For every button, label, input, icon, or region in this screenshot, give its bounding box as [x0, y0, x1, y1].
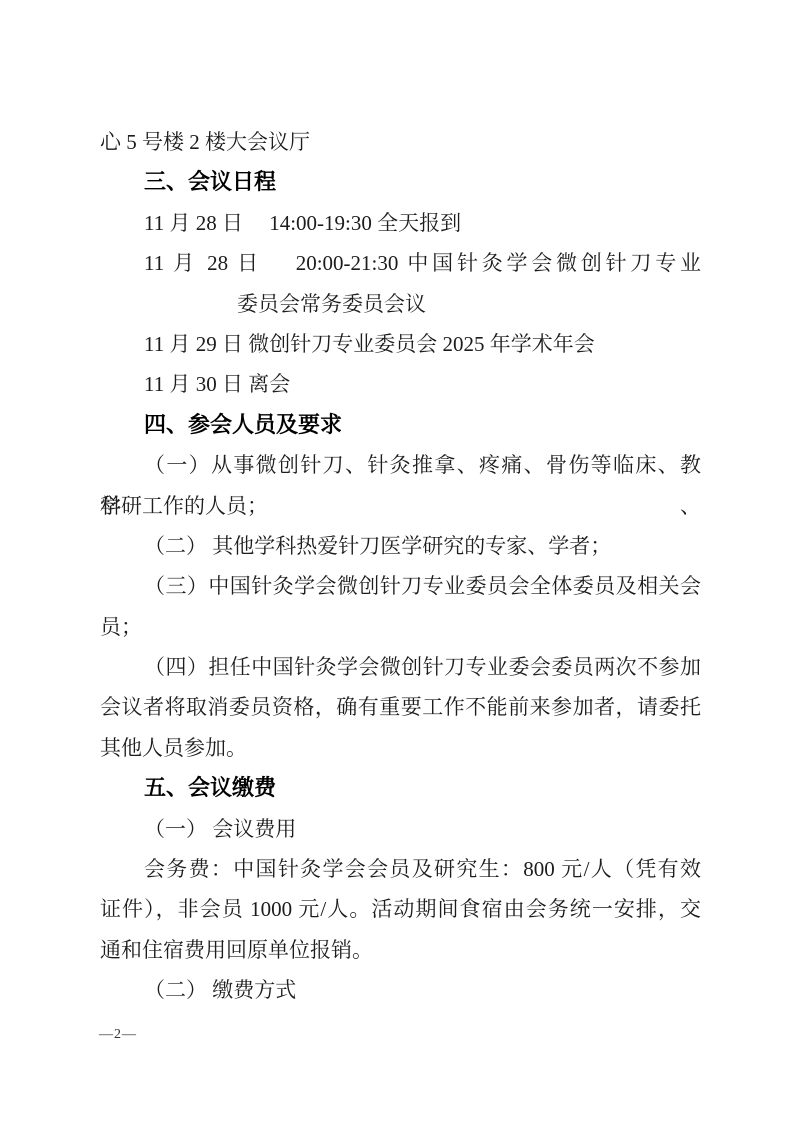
fees-subheading-cost: （一） 会议费用 [100, 809, 701, 849]
attendees-item-2: （二） 其他学科热爱针刀医学研究的专家、学者； [100, 526, 701, 566]
schedule-item-registration: 11 月 28 日 14:00-19:30 全天报到 [100, 203, 701, 243]
attendees-item-3-line-1: （三）中国针灸学会微创针刀专业委员会全体委员及相关会 [100, 566, 701, 606]
attendees-item-4-line-3: 其他人员参加。 [100, 728, 701, 768]
fees-detail-line-2: 证件），非会员 1000 元/人。活动期间食宿由会务统一安排，交 [100, 889, 701, 929]
schedule-item-committee-meeting-continuation: 委员会常务委员会议 [100, 284, 701, 324]
fees-detail-line-1: 会务费：中国针灸学会会员及研究生：800 元/人（凭有效 [100, 849, 701, 889]
document-page: 心 5 号楼 2 楼大会议厅 三、会议日程 11 月 28 日 14:00-19… [0, 0, 800, 1131]
section-heading-agenda: 三、会议日程 [100, 162, 701, 202]
attendees-item-4-line-2: 会议者将取消委员资格，确有重要工作不能前来参加者，请委托 [100, 687, 701, 727]
attendees-item-3-line-2: 员； [100, 607, 701, 647]
document-body: 心 5 号楼 2 楼大会议厅 三、会议日程 11 月 28 日 14:00-19… [100, 122, 701, 1011]
attendees-item-4-line-1: （四）担任中国针灸学会微创针刀专业委会委员两次不参加 [100, 647, 701, 687]
attendees-item-1-line-1: （一）从事微创针刀、针灸推拿、疼痛、骨伤等临床、教学、 [100, 445, 701, 485]
schedule-item-departure: 11 月 30 日 离会 [100, 364, 701, 404]
section-heading-fees: 五、会议缴费 [100, 768, 701, 808]
schedule-item-committee-meeting: 11 月 28 日 20:00-21:30 中国针灸学会微创针刀专业 [100, 243, 701, 283]
page-number: —2— [99, 1025, 137, 1045]
fees-subheading-payment-method: （二） 缴费方式 [100, 970, 701, 1010]
section-heading-attendees: 四、参会人员及要求 [100, 405, 701, 445]
fees-detail-line-3: 通和住宿费用回原单位报销。 [100, 930, 701, 970]
continuation-line: 心 5 号楼 2 楼大会议厅 [100, 122, 701, 162]
schedule-item-annual-conference: 11 月 29 日 微创针刀专业委员会 2025 年学术年会 [100, 324, 701, 364]
